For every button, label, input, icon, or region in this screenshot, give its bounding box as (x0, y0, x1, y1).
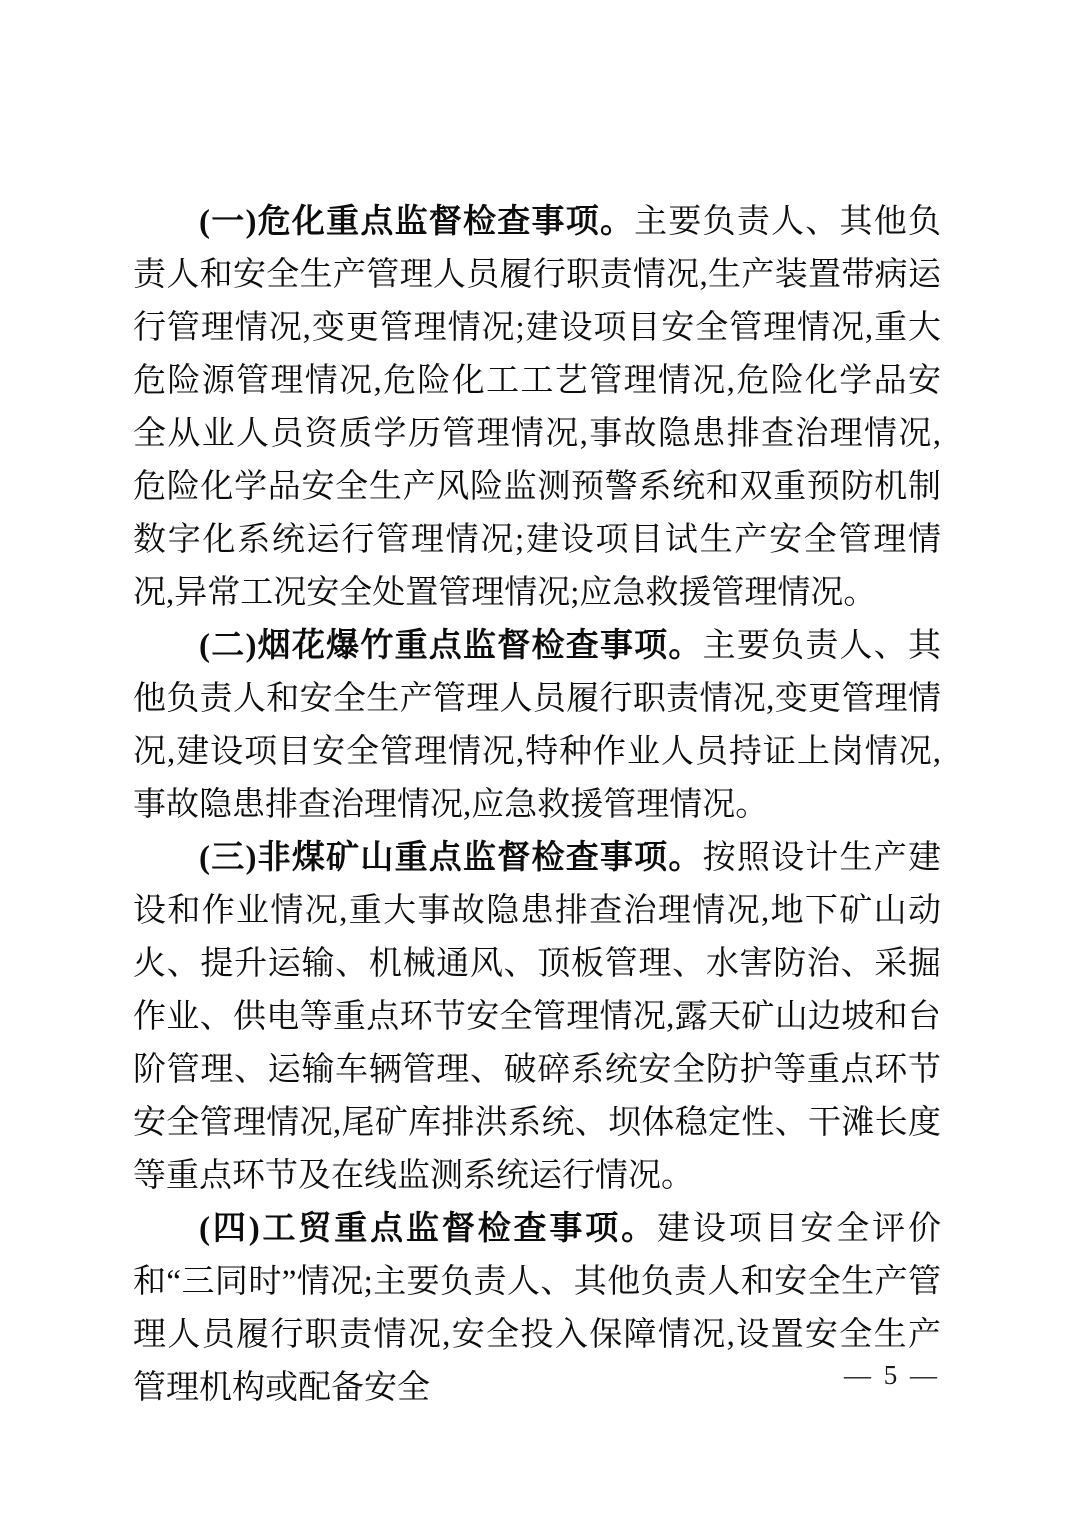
paragraph-3-body: 按照设计生产建设和作业情况,重大事故隐患排查治理情况,地下矿山动火、提升运输、机… (133, 840, 941, 1194)
paragraph-4: (四)工贸重点监督检查事项。建设项目安全评价和“三同时”情况;主要负责人、其他负… (133, 1203, 941, 1415)
paragraph-4-heading: (四)工贸重点监督检查事项。 (199, 1211, 657, 1247)
paragraph-2-heading: (二)烟花爆竹重点监督检查事项。 (199, 628, 703, 664)
paragraph-3-heading: (三)非煤矿山重点监督检查事项。 (199, 840, 703, 876)
paragraph-1-body: 主要负责人、其他负责人和安全生产管理人员履行职责情况,生产装置带病运行管理情况,… (133, 204, 941, 611)
paragraph-3: (三)非煤矿山重点监督检查事项。按照设计生产建设和作业情况,重大事故隐患排查治理… (133, 832, 941, 1203)
paragraph-1-heading: (一)危化重点监督检查事项。 (199, 204, 634, 240)
paragraph-1: (一)危化重点监督检查事项。主要负责人、其他负责人和安全生产管理人员履行职责情况… (133, 196, 941, 620)
paragraph-2: (二)烟花爆竹重点监督检查事项。主要负责人、其他负责人和安全生产管理人员履行职责… (133, 620, 941, 832)
document-page: (一)危化重点监督检查事项。主要负责人、其他负责人和安全生产管理人员履行职责情况… (0, 0, 1074, 1520)
document-body: (一)危化重点监督检查事项。主要负责人、其他负责人和安全生产管理人员履行职责情况… (133, 196, 941, 1415)
page-number: — 5 — (844, 1360, 940, 1391)
